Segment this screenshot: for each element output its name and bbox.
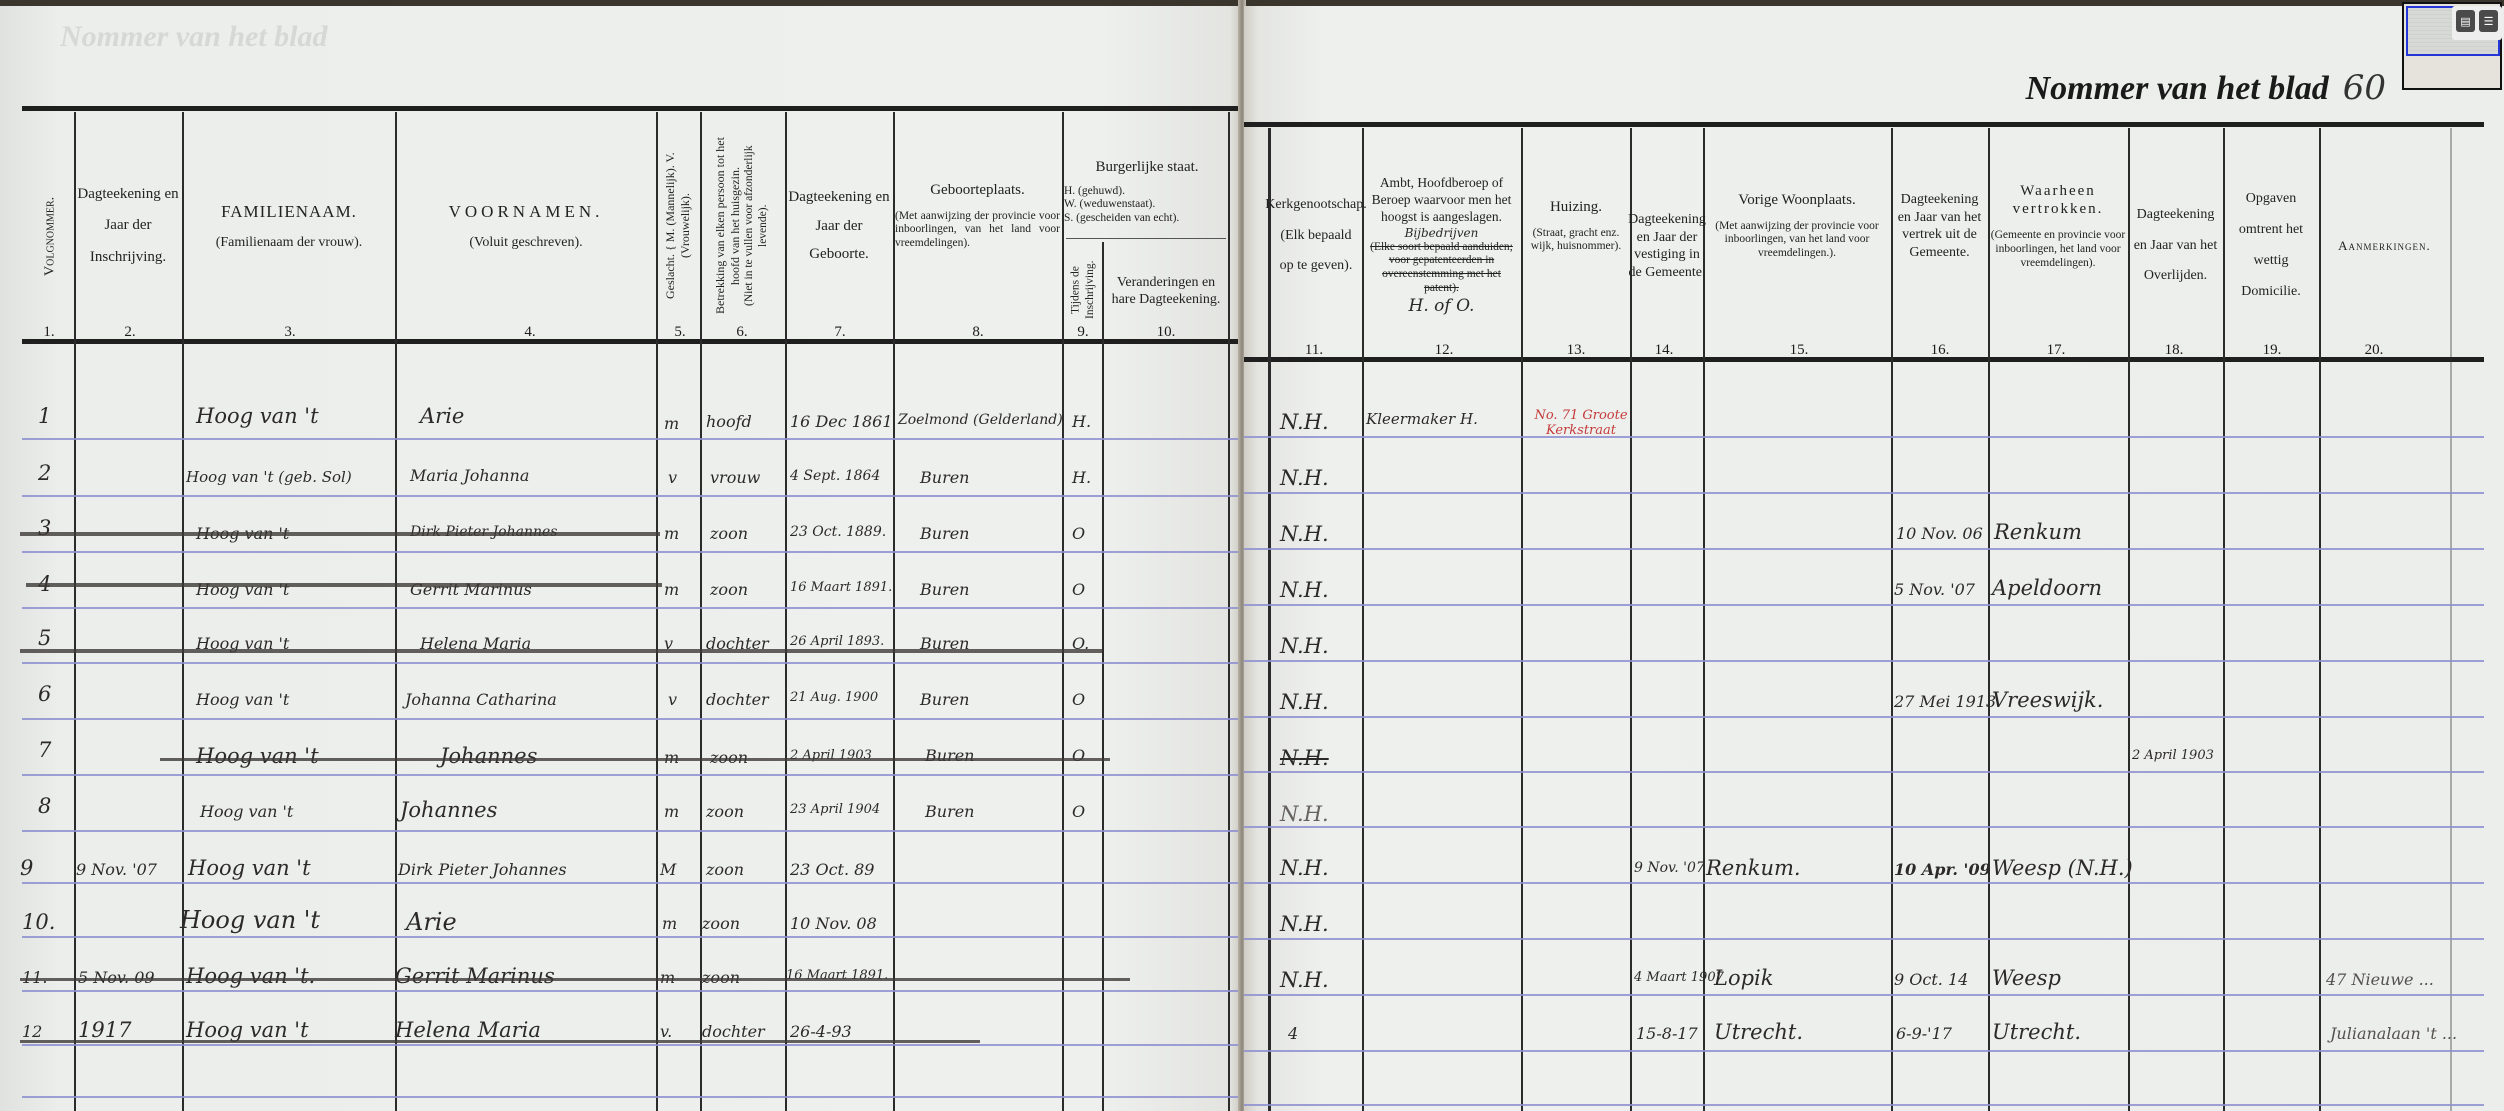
row-nr: 5 <box>38 626 51 650</box>
row-nr: 8 <box>38 794 51 818</box>
row-geboorte: 26 April 1893. <box>790 634 884 649</box>
row-12-kerk: 4 <box>1288 1024 1298 1043</box>
row-staat: O <box>1072 802 1085 821</box>
row-9-kerk: N.H. <box>1280 856 1329 880</box>
row-staat: O <box>1072 746 1085 765</box>
col-divider <box>2450 128 2452 1111</box>
ruling-line <box>22 1044 1240 1046</box>
ruling-line <box>22 774 1240 776</box>
row-nr: 3 <box>38 516 51 540</box>
row-staat: O <box>1072 580 1085 599</box>
row-geslacht: m <box>664 802 679 821</box>
row-nr: 6 <box>38 682 51 706</box>
header-col-3-sub: (Familienaam der vrouw). <box>216 234 363 252</box>
left-page: Nommer van het blad Volgnommer. Dagteeke… <box>0 6 1240 1111</box>
row-nr: 12 <box>22 1022 42 1041</box>
row-geslacht: m <box>662 914 677 933</box>
burgerlijke-staat-divider <box>1066 238 1226 239</box>
row-12-waarheen: Utrecht. <box>1992 1020 2081 1044</box>
row-geboorteplaats: Buren <box>925 746 974 765</box>
col-number: 9. <box>1066 324 1100 341</box>
ruling-line <box>1244 882 2484 884</box>
header-col-6-title: Betrekking van elken persoon tot het hoo… <box>713 126 743 326</box>
header-col-4-title: VOORNAMEN. <box>449 201 604 222</box>
row-7-overlijden: 2 April 1903 <box>2132 748 2214 763</box>
col-number: 2. <box>100 324 160 341</box>
header-col-8-sub: (Met aanwijzing der provincie voor inboo… <box>895 210 1060 251</box>
row-8-kerk: N.H. <box>1280 802 1329 826</box>
row-geslacht: v <box>668 468 677 487</box>
sheet-title: Nommer van het blad <box>2026 70 2329 107</box>
header-col-5: Geslacht. { M. (Mannelijk). V. (Vrouweli… <box>658 126 698 326</box>
ruling-line <box>1244 771 2484 773</box>
col-number: 11. <box>1294 342 1334 359</box>
ruling-line <box>22 551 1240 553</box>
ruling-line <box>22 882 1240 884</box>
header-col-15: Vorige Woonplaats. (Met aanwijzing der p… <box>1705 166 1889 286</box>
ruling-line <box>22 495 1240 497</box>
header-col-3: FAMILIENAAM. (Familienaam der vrouw). <box>184 176 394 276</box>
row-inschrijving: 1917 <box>78 1018 131 1042</box>
row-nr: 1 <box>38 404 51 428</box>
col-number: 10. <box>1136 324 1196 341</box>
view-mode-toolbar: ▤ ☰ <box>2452 6 2502 40</box>
col-number: 7. <box>810 324 870 341</box>
row-nr: 2 <box>38 461 51 485</box>
row-11-vorige: Lopik <box>1714 966 1773 990</box>
row-11-vestiging: 4 Maart 1907 <box>1634 970 1724 985</box>
header-top-rule <box>1244 122 2484 127</box>
row-9-waarheen: Weesp (N.H.) <box>1992 856 2133 880</box>
row-6-waarheen: Vreeswijk. <box>1992 688 2103 712</box>
header-col-6-sub: (Niet in te vullen voor afzonderlijk lev… <box>743 126 771 326</box>
header-col-6: Betrekking van elken persoon tot het hoo… <box>702 126 782 326</box>
row-voornamen: Helena Maria <box>395 1018 541 1042</box>
ruling-line <box>22 990 1240 992</box>
header-col-11: Kerkgenootschap. (Elk bepaald op te geve… <box>1272 136 1360 336</box>
header-col-11-sub: (Elk bepaald op te geven). <box>1272 221 1360 283</box>
row-geboorte: 10 Nov. 08 <box>790 914 877 933</box>
legend-s: S. (gescheiden van echt). <box>1064 212 1179 226</box>
row-3-vertrek: 10 Nov. 06 <box>1896 524 1983 543</box>
bleed-through-text: Nommer van het blad <box>60 20 328 54</box>
row-11-aanmerkingen: 47 Nieuwe ... <box>2326 970 2434 989</box>
document-view-icon[interactable]: ▤ <box>2456 10 2475 32</box>
ruling-line <box>22 718 1240 720</box>
row-9-vertrek: 10 Apr. '09 <box>1894 860 1991 879</box>
row-5-kerk: N.H. <box>1280 634 1329 658</box>
header-col-4-sub: (Voluit geschreven). <box>469 234 582 252</box>
ruling-line <box>1244 1104 2484 1106</box>
row-1-huizing: No. 71 Groote Kerkstraat <box>1534 408 1628 438</box>
header-col-12-title: Ambt, Hoofdberoep of Beroep waarvoor men… <box>1364 175 1519 226</box>
row-6-kerk: N.H. <box>1280 690 1329 714</box>
row-geboorteplaats: Buren <box>920 468 969 487</box>
header-col-20: Aanmerkingen. <box>2321 206 2448 286</box>
header-col-13-title: Huizing. <box>1550 198 1602 217</box>
legend-w: W. (weduwenstaat). <box>1064 198 1155 212</box>
strikethrough <box>20 649 1102 653</box>
ruling-line <box>1244 436 2484 438</box>
row-geboorteplaats: Zoelmond (Gelderland) <box>898 412 1063 428</box>
row-geboorte: 26-4-93 <box>790 1022 852 1041</box>
header-col-15-sub: (Met aanwijzing der provincie voor inboo… <box>1705 220 1889 261</box>
ruling-line <box>22 1096 1240 1098</box>
header-col-17-title: Waarheen vertrokken. <box>1990 182 2126 220</box>
col-divider <box>1521 128 1523 1111</box>
row-1-kerk: N.H. <box>1280 410 1329 434</box>
row-betrekking: zoon <box>702 914 740 933</box>
row-familienaam: Hoog van 't (geb. Sol) <box>186 468 352 486</box>
page-overview-thumbnail[interactable]: ▤ ☰ <box>2402 2 2502 90</box>
ruling-line <box>1244 548 2484 550</box>
col-number: 16. <box>1920 342 1960 359</box>
row-nr: 7 <box>38 738 51 762</box>
row-4-kerk: N.H. <box>1280 578 1329 602</box>
header-col-9: Tijdens de Inschrijving. <box>1064 246 1102 334</box>
row-voornamen: Johanna Catharina <box>405 690 557 709</box>
row-familienaam: Hoog van 't <box>180 906 320 934</box>
header-col-12-handwritten: H. of O. <box>1409 296 1475 317</box>
row-familienaam: Hoog van 't <box>186 1018 309 1042</box>
row-3-kerk: N.H. <box>1280 522 1329 546</box>
row-familienaam: Hoog van 't <box>196 744 319 768</box>
col-number: 5. <box>662 324 698 341</box>
ruling-line <box>22 607 1240 609</box>
col-number: 19. <box>2252 342 2292 359</box>
row-geboorteplaats: Buren <box>920 524 969 543</box>
row-nr: 10. <box>22 910 55 934</box>
row-11-waarheen: Weesp <box>1992 966 2061 990</box>
row-betrekking: dochter <box>706 690 769 709</box>
row-familienaam: Hoog van 't <box>200 802 293 821</box>
row-4-vertrek: 5 Nov. '07 <box>1894 580 1975 599</box>
row-nr: 9 <box>20 856 33 880</box>
header-col-8: Geboorteplaats. (Met aanwijzing der prov… <box>895 176 1060 256</box>
header-col-16: Dagteekening en Jaar van het vertrek uit… <box>1893 166 1986 286</box>
row-12-vorige: Utrecht. <box>1714 1020 1803 1044</box>
col-number: 8. <box>948 324 1008 341</box>
col-number: 14. <box>1644 342 1684 359</box>
row-voornamen: Maria Johanna <box>410 466 529 485</box>
row-betrekking: dochter <box>702 1022 765 1041</box>
right-page: Nommer van het blad60 Kerkgenootschap. (… <box>1244 6 2504 1111</box>
header-col-3-title: FAMILIENAAM. <box>221 201 357 222</box>
burgerlijke-staat-title: Burgerlijke staat. <box>1095 158 1198 177</box>
sheet-number-label: Nommer van het blad60 <box>2026 68 2386 108</box>
col-number: 3. <box>260 324 320 341</box>
col-divider <box>395 112 397 1111</box>
header-col-11-title: Kerkgenootschap. <box>1265 190 1366 221</box>
row-voornamen: Johannes <box>440 744 537 768</box>
ruling-line <box>1244 994 2484 996</box>
header-col-12-annotation: Bijbedrijven <box>1405 226 1479 241</box>
ruling-line <box>1244 492 2484 494</box>
row-voornamen: Arie <box>420 404 464 428</box>
row-betrekking: vrouw <box>710 468 760 487</box>
header-col-2: Dagteekening en Jaar der Inschrijving. <box>76 136 180 316</box>
col-number: 17. <box>2036 342 2076 359</box>
row-voornamen: Dirk Pieter Johannes <box>398 860 567 879</box>
header-col-12-sub: (Elke soort bepaald aanduiden; voor gepa… <box>1364 241 1519 296</box>
strikethrough <box>20 1040 980 1043</box>
col-number: 1. <box>34 324 64 341</box>
row-betrekking: hoofd <box>706 412 752 431</box>
row-6-vertrek: 27 Mei 1913 <box>1894 692 1996 711</box>
ruling-line <box>22 830 1240 832</box>
header-col-10: Veranderingen en hare Dagteekening. <box>1104 256 1228 326</box>
row-familienaam: Hoog van 't. <box>186 964 315 988</box>
row-geslacht: m <box>664 524 679 543</box>
header-col-1: Volgnommer. <box>30 146 70 326</box>
row-9-vestiging: 9 Nov. '07 <box>1634 860 1705 876</box>
ruling-line <box>1244 938 2484 940</box>
header-col-13: Huizing. (Straat, gracht enz. wijk, huis… <box>1524 186 1628 266</box>
ruling-line <box>1244 716 2484 718</box>
row-geboorteplaats: Buren <box>920 690 969 709</box>
row-geslacht: M <box>660 860 676 879</box>
header-bottom-rule <box>22 339 1240 344</box>
row-betrekking: zoon <box>710 580 748 599</box>
row-4-waarheen: Apeldoorn <box>1992 576 2102 600</box>
header-col-15-title: Vorige Woonplaats. <box>1738 191 1855 210</box>
row-geboorte: 21 Aug. 1900 <box>790 690 878 705</box>
row-staat: H. <box>1072 412 1091 431</box>
row-geslacht: v <box>668 690 677 709</box>
row-geboorteplaats: Buren <box>925 802 974 821</box>
row-11-vertrek: 9 Oct. 14 <box>1894 970 1968 989</box>
ruling-line <box>22 662 1240 664</box>
row-betrekking: zoon <box>706 860 744 879</box>
row-12-aanmerkingen: Julianalaan 't ... <box>2330 1024 2457 1043</box>
row-1-beroep: Kleermaker H. <box>1366 410 1478 428</box>
strikethrough <box>26 583 662 587</box>
sheet-number: 60 <box>2343 68 2386 108</box>
header-col-17-sub: (Gemeente en provincie voor inboorlingen… <box>1990 229 2126 270</box>
col-divider <box>1228 112 1230 1111</box>
legend-h: H. (gehuwd). <box>1064 185 1125 199</box>
row-betrekking: zoon <box>706 802 744 821</box>
header-top-rule <box>22 106 1240 111</box>
strikethrough <box>20 978 1130 981</box>
col-number: 18. <box>2154 342 2194 359</box>
row-12-vestiging: 15-8-17 <box>1636 1024 1698 1043</box>
row-geboorte: 16 Dec 1861 <box>790 412 893 431</box>
col-divider <box>1268 128 1271 1111</box>
row-9-vorige: Renkum. <box>1706 856 1801 880</box>
row-voornamen: Johannes <box>400 798 497 822</box>
ruling-line <box>22 438 1240 440</box>
header-col-17: Waarheen vertrokken. (Gemeente en provin… <box>1990 166 2126 286</box>
row-voornamen: Gerrit Marinus <box>395 964 555 988</box>
col-number: 4. <box>500 324 560 341</box>
row-inschrijving: 9 Nov. '07 <box>76 860 157 879</box>
row-geslacht: v. <box>660 1022 672 1041</box>
list-view-icon[interactable]: ☰ <box>2479 10 2498 32</box>
ruling-line <box>1244 1050 2484 1052</box>
row-voornamen: Arie <box>406 908 457 936</box>
row-geslacht: m <box>664 414 679 433</box>
row-geboorte: 23 April 1904 <box>790 802 880 817</box>
row-geslacht: m <box>664 580 679 599</box>
row-12-vertrek: 6-9-'17 <box>1896 1024 1952 1043</box>
strikethrough <box>160 758 1110 761</box>
row-3-waarheen: Renkum <box>1994 520 2082 544</box>
header-col-13-sub: (Straat, gracht enz. wijk, huisnommer). <box>1524 227 1628 255</box>
row-geboorte: 16 Maart 1891. <box>790 580 892 595</box>
row-staat: O <box>1072 524 1085 543</box>
col-divider <box>893 112 895 1111</box>
row-geboorte: 23 Oct. 89 <box>790 860 874 879</box>
row-geboorte: 4 Sept. 1864 <box>790 468 880 484</box>
row-7-kerk: N.H. <box>1280 746 1329 770</box>
header-col-19: Opgaven omtrent het wettig Domicilie. <box>2225 176 2317 316</box>
row-10-kerk: N.H. <box>1280 912 1329 936</box>
row-familienaam: Hoog van 't <box>196 404 319 428</box>
row-staat: H. <box>1072 468 1091 487</box>
row-geboorte: 23 Oct. 1889. <box>790 524 886 540</box>
row-familienaam: Hoog van 't <box>188 856 311 880</box>
header-col-8-title: Geboorteplaats. <box>930 181 1025 200</box>
col-number: 13. <box>1556 342 1596 359</box>
ruling-line <box>1244 604 2484 606</box>
row-geboorteplaats: Buren <box>920 580 969 599</box>
ruling-line <box>22 936 1240 938</box>
row-familienaam: Hoog van 't <box>196 690 289 709</box>
header-col-4: VOORNAMEN. (Voluit geschreven). <box>398 176 654 276</box>
col-number: 6. <box>712 324 772 341</box>
header-col-14: Dagteekening en Jaar der vestiging in de… <box>1632 166 1702 326</box>
row-betrekking: zoon <box>710 524 748 543</box>
row-staat: O <box>1072 690 1085 709</box>
col-number: 20. <box>2354 342 2394 359</box>
header-col-12: Ambt, Hoofdberoep of Beroep waarvoor men… <box>1364 146 1519 346</box>
row-11-kerk: N.H. <box>1280 968 1329 992</box>
header-col-18: Dagteekening en Jaar van het Overlijden. <box>2130 156 2221 336</box>
strikethrough <box>20 532 660 536</box>
ruling-line <box>1244 660 2484 662</box>
col-number: 15. <box>1779 342 1819 359</box>
row-2-kerk: N.H. <box>1280 466 1329 490</box>
col-number: 12. <box>1424 342 1464 359</box>
ruling-line <box>1244 826 2484 828</box>
header-burgerlijke-staat: Burgerlijke staat. H. (gehuwd). W. (wedu… <box>1064 148 1230 236</box>
header-col-7: Dagteekening en Jaar der Geboorte. <box>787 156 891 296</box>
